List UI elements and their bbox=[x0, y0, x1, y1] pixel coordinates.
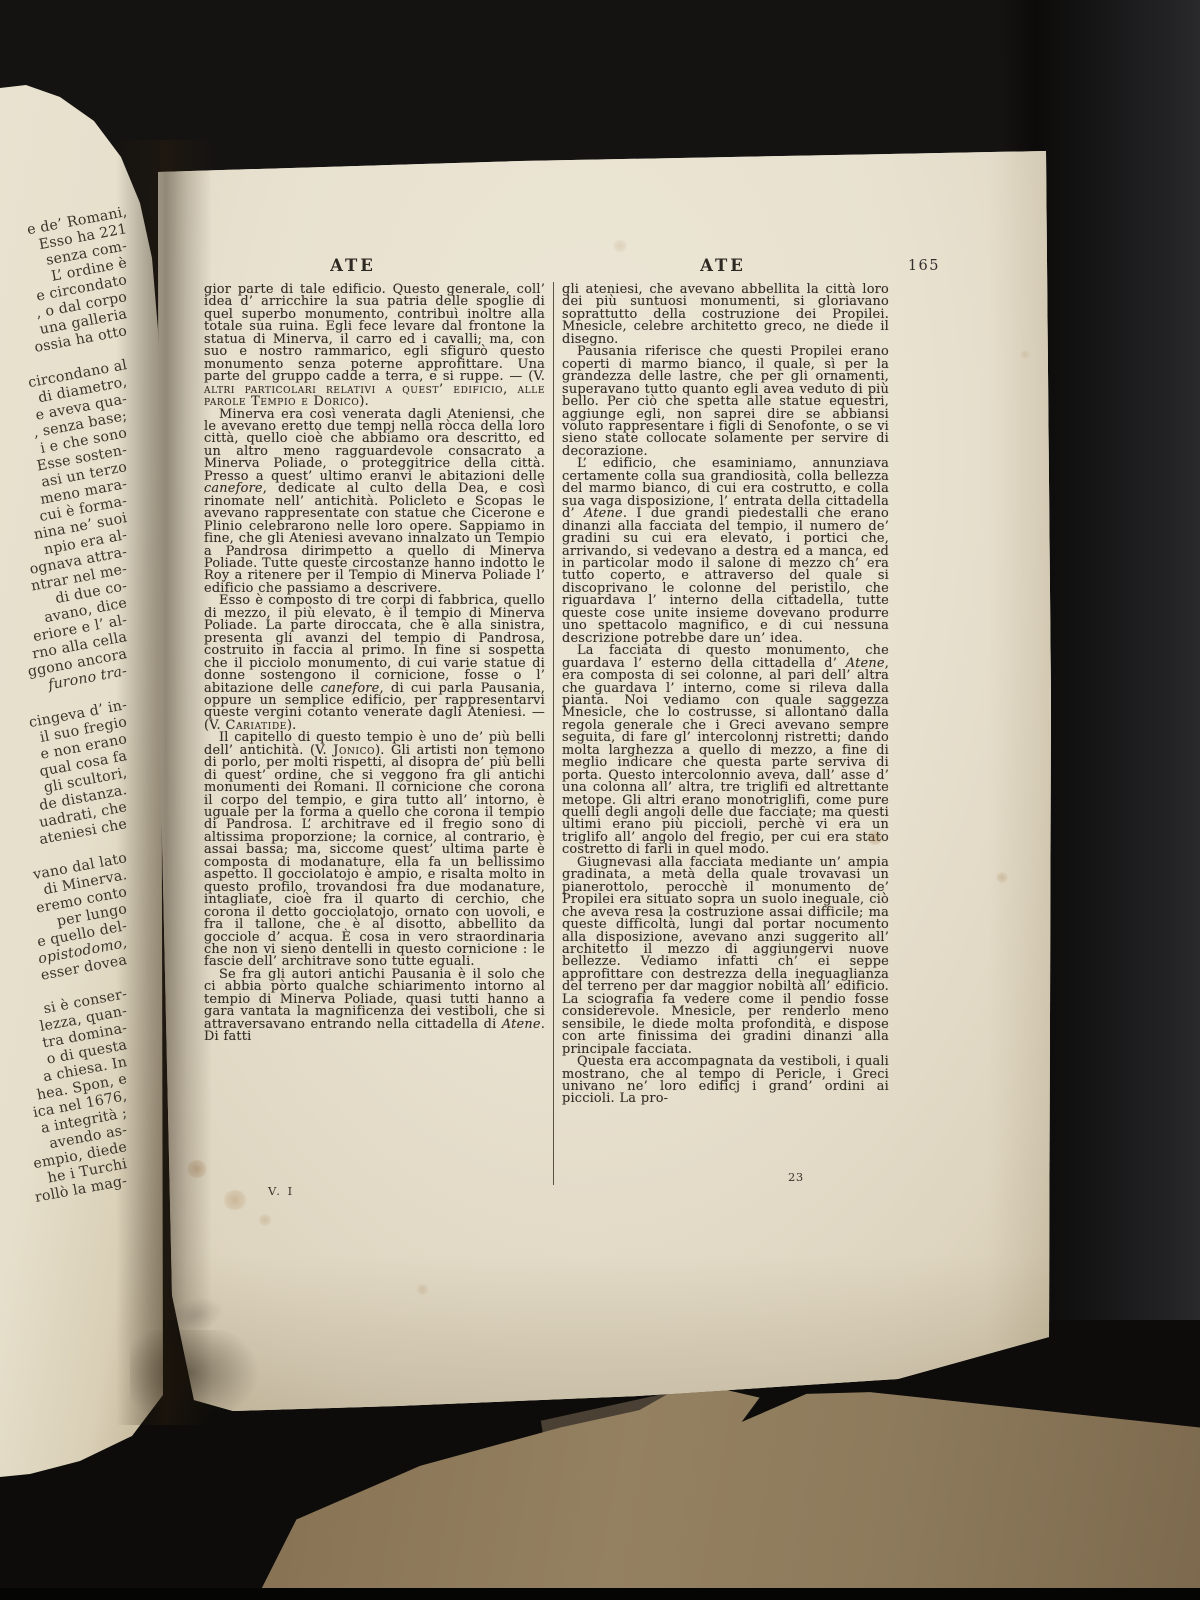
paragraph: Esso è composto di tre corpi di fabbrica… bbox=[204, 595, 545, 732]
foxing-stain bbox=[258, 1214, 272, 1226]
foxing-stain bbox=[1020, 350, 1030, 359]
text-column-right: gli ateniesi, che avevano abbellita la c… bbox=[562, 284, 889, 1106]
paragraph: Se fra gli autori antichi Pausania è il … bbox=[204, 969, 545, 1044]
left-page-text: e de’ Romani,Esso ha 221senza com-L’ ord… bbox=[0, 204, 127, 1190]
small-caps-reference: altri particolari relativi a quest’ edif… bbox=[204, 382, 545, 409]
text-run: , dedicate al culto della Dea, e così ri… bbox=[204, 481, 545, 596]
paragraph: Questa era accompagnata da vestiboli, i … bbox=[562, 1056, 889, 1106]
paragraph: gli ateniesi, che avevano abbellita la c… bbox=[562, 284, 889, 346]
foxing-stain bbox=[612, 240, 628, 252]
paragraph: Minerva era così venerata dagli Ateniens… bbox=[204, 409, 545, 596]
table-edge-shadow bbox=[0, 1588, 1200, 1600]
text-run: Giugnevasi alla facciata mediante un’ am… bbox=[562, 855, 889, 1057]
paragraph: Pausania riferisce che questi Propilei e… bbox=[562, 346, 889, 458]
text-run: La facciata di questo monumento, che gua… bbox=[562, 643, 889, 670]
running-head-left: ATE bbox=[308, 256, 398, 275]
text-column-left: gior parte di tale edificio. Questo gene… bbox=[204, 284, 545, 1044]
left-book-page: e de’ Romani,Esso ha 221senza com-L’ ord… bbox=[0, 0, 176, 1500]
foxing-stain bbox=[996, 872, 1008, 883]
paragraph: Giugnevasi alla facciata mediante un’ am… bbox=[562, 857, 889, 1056]
paragraph: Il capitello di questo tempio è uno de’ … bbox=[204, 732, 545, 969]
foxing-stain bbox=[416, 1284, 429, 1295]
text-run: Se fra gli autori antichi Pausania è il … bbox=[204, 967, 545, 1032]
foxing-stain bbox=[222, 1190, 248, 1210]
text-run: gior parte di tale edificio. Questo gene… bbox=[204, 282, 545, 384]
italic-term: Atene bbox=[502, 1017, 541, 1032]
column-divider-rule bbox=[553, 282, 554, 1185]
running-head-right: ATE bbox=[678, 256, 768, 275]
page-number: 165 bbox=[886, 258, 940, 274]
text-run: Pausania riferisce che questi Propilei e… bbox=[562, 344, 889, 459]
text-run: gli ateniesi, che avevano abbellita la c… bbox=[562, 282, 889, 347]
signature-mark-gathering: 23 bbox=[788, 1170, 804, 1184]
photo-of-book-page: { "book": { "right_page": { "header": { … bbox=[0, 0, 1200, 1600]
signature-mark-volume: V. I bbox=[268, 1184, 294, 1198]
text-run: , era composta di sei colonne, al pari d… bbox=[562, 656, 889, 858]
foxing-stain bbox=[186, 1160, 208, 1178]
paragraph: L’ edificio, che esaminiamo, annunziava … bbox=[562, 458, 889, 645]
paragraph: La facciata di questo monumento, che gua… bbox=[562, 645, 889, 857]
paragraph: gior parte di tale edificio. Questo gene… bbox=[204, 284, 545, 409]
text-run: . I due grandi piedestalli che erano din… bbox=[562, 506, 889, 646]
text-run: ). Gli artisti non temono di porlo, per … bbox=[204, 743, 545, 970]
text-run: Minerva era così venerata dagli Ateniens… bbox=[204, 407, 545, 484]
text-run: Questa era accompagnata da vestiboli, i … bbox=[562, 1054, 889, 1106]
